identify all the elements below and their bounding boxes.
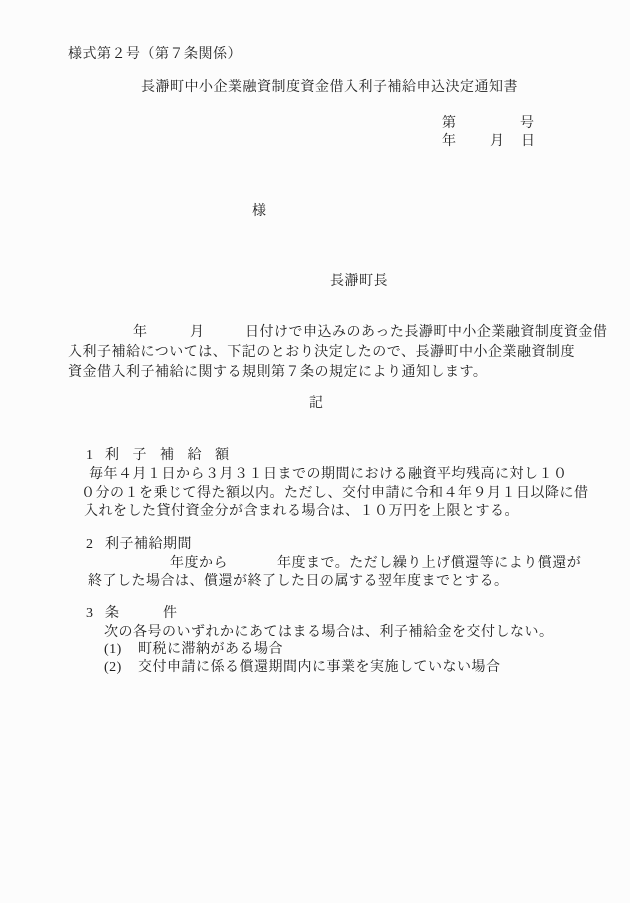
document-title: 長瀞町中小企業融資制度資金借入利子補給申込決定通知書 [141, 79, 518, 96]
section3-item2-marker: (2) [104, 659, 122, 676]
form-number: 様式第２号（第７条関係） [68, 46, 242, 63]
section1-line3: 入れをした貸付資金分が含まれる場合は、１０万円を上限とする。 [84, 503, 519, 520]
date-month-label: 月 [490, 133, 505, 150]
section2-number: 2 [86, 536, 94, 553]
section3-heading-left: 条 [105, 605, 120, 622]
doc-number-suffix: 号 [520, 115, 535, 132]
section3-line1: 次の各号のいずれかにあてはまる場合は、利子補給金を交付しない。 [104, 624, 554, 641]
intro-line2: 入利子補給については、下記のとおり決定したので、長瀞町中小企業融資制度 [68, 344, 575, 361]
intro-month-label: 月 [190, 324, 205, 341]
section3-item1-text: 町税に滞納がある場合 [138, 641, 283, 658]
record-heading: 記 [309, 395, 324, 412]
doc-number-prefix: 第 [442, 115, 457, 132]
section1-number: 1 [86, 447, 94, 464]
section2-line2: 終了した場合は、償還が終了した日の属する翌年度までとする。 [88, 573, 509, 590]
intro-line3: 資金借入利子補給に関する規則第７条の規定により通知します。 [68, 364, 487, 381]
section3-item1-marker: (1) [104, 641, 122, 658]
section3-number: 3 [86, 605, 94, 622]
document-page: 様式第２号（第７条関係） 長瀞町中小企業融資制度資金借入利子補給申込決定通知書 … [0, 0, 630, 903]
date-year-label: 年 [442, 133, 457, 150]
section3-heading-right: 件 [163, 605, 178, 622]
intro-year-label: 年 [133, 324, 148, 341]
section1-line1: 毎年４月１日から３月３１日までの期間における融資平均残高に対し１０ [89, 466, 568, 483]
sender-name: 長瀞町長 [330, 273, 388, 290]
section3-item2-text: 交付申請に係る償還期間内に事業を実施していない場合 [138, 659, 501, 676]
section1-heading: 利 子 補 給 額 [105, 447, 234, 464]
section2-from-label: 年度から [170, 555, 228, 572]
section2-heading: 利子補給期間 [105, 536, 192, 553]
section1-line2: ０分の１を乗じて得た額以内。ただし、交付申請に令和４年９月１日以降に借 [81, 485, 589, 502]
recipient-honorific: 様 [252, 203, 267, 220]
section2-to-text: 年度まで。ただし繰り上げ償還等により償還が [277, 555, 581, 572]
intro-line1-text: 日付けで申込みのあった長瀞町中小企業融資制度資金借 [245, 324, 607, 341]
date-day-label: 日 [521, 133, 536, 150]
